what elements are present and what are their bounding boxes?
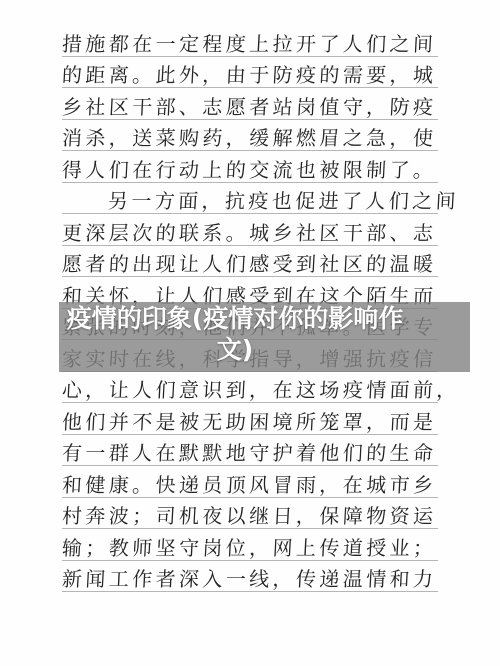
essay-page: 措施都在一定程度上拉开了人们之间 的距离。此外，由于防疫的需要，城 乡社区干部、…: [0, 0, 500, 666]
handwriting-text: 消杀，送菜购药，缓解燃眉之急，使: [61, 128, 437, 149]
handwriting-text: 乡社区干部、志愿者站岗值守，防疫: [61, 97, 437, 118]
handwriting-line: 的距离。此外，由于防疫的需要，城: [62, 57, 438, 89]
handwriting-text: 有一群人在默默地守护着他们的生命: [61, 443, 437, 464]
handwriting-line: 愿者的出现让人们感受到社区的温暖: [62, 246, 438, 278]
handwriting-text: 愿者的出现让人们感受到社区的温暖: [61, 254, 437, 275]
handwriting-line: 新闻工作者深入一线，传递温情和力: [62, 561, 438, 593]
handwriting-text: 更深层次的联系。城乡社区干部、志: [61, 223, 437, 244]
handwriting-text: 得人们在行动上的交流也被限制了。: [61, 160, 437, 181]
handwriting-line: 得人们在行动上的交流也被限制了。: [62, 151, 438, 183]
handwriting-text: 的距离。此外，由于防疫的需要，城: [61, 65, 437, 86]
handwriting-text: 和健康。快递员顶风冒雨，在城市乡: [61, 475, 437, 496]
overlay-title: 疫情的印象(疫情对你的影响作文): [59, 303, 411, 365]
handwriting-text: 措施都在一定程度上拉开了人们之间: [61, 34, 437, 55]
handwriting-line: 更深层次的联系。城乡社区干部、志: [62, 214, 438, 246]
handwriting-line: 村奔波；司机夜以继日，保障物资运: [62, 498, 438, 530]
handwriting-text: 他们并不是被无助困境所笼罩，而是: [61, 412, 437, 433]
handwriting-line: 他们并不是被无助困境所笼罩，而是: [62, 403, 438, 435]
handwriting-line: 输；教师坚守岗位，网上传道授业；: [62, 529, 438, 561]
handwriting-line: 措施都在一定程度上拉开了人们之间: [62, 25, 438, 57]
handwriting-line: 有一群人在默默地守护着他们的生命: [62, 435, 438, 467]
handwriting-text: 另一方面，抗疫也促进了人们之间: [61, 191, 459, 212]
handwriting-text: 输；教师坚守岗位，网上传道授业；: [61, 538, 437, 559]
handwriting-line: 心，让人们意识到，在这场疫情面前，: [62, 372, 438, 404]
handwriting-line: 乡社区干部、志愿者站岗值守，防疫: [62, 88, 438, 120]
handwriting-line-paragraph-start: 另一方面，抗疫也促进了人们之间: [62, 183, 438, 215]
handwriting-text: 心，让人们意识到，在这场疫情面前，: [61, 380, 460, 401]
handwriting-text: 新闻工作者深入一线，传递温情和力: [61, 569, 437, 590]
handwriting-line: 和健康。快递员顶风冒雨，在城市乡: [62, 466, 438, 498]
handwriting-line: 消杀，送菜购药，缓解燃眉之急，使: [62, 120, 438, 152]
handwriting-text: 村奔波；司机夜以继日，保障物资运: [61, 506, 437, 527]
